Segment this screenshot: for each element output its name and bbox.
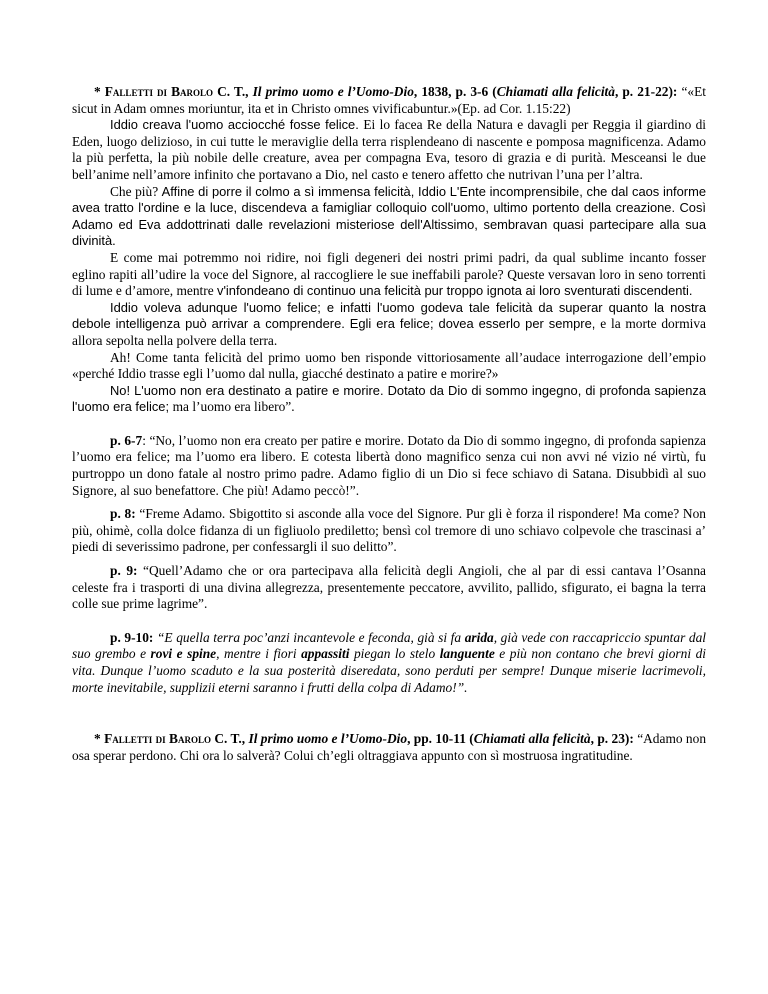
para-che-piu: Che più? Affine di porre il colmo a sì i…	[72, 184, 706, 250]
document-viewer: { "page": { "background_color": "#ffffff…	[0, 0, 768, 994]
text-run: Iddio creava l'uomo acciocché fosse feli…	[110, 117, 363, 132]
text-run: , 1838, p. 3-6 (	[414, 84, 497, 99]
quote-p6-7: p. 6-7: “No, l’uomo non era creato per p…	[72, 433, 706, 499]
text-run: , p. 21-22):	[615, 84, 681, 99]
text-run: ma l’uomo era libero”.	[173, 399, 295, 414]
text-run: languente	[440, 646, 495, 661]
document-content: * Falletti di Barolo C. T., Il primo uom…	[72, 84, 706, 764]
text-run: “E quella terra poc’anzi incantevole e f…	[153, 630, 464, 645]
text-run: Chiamati alla felicità	[474, 731, 591, 746]
text-run: , pp. 10-11 (	[407, 731, 474, 746]
text-run: Il primo uomo e l’Uomo-Dio	[253, 84, 414, 99]
text-run: * Falletti di Barolo C. T.,	[94, 731, 248, 746]
text-run: Affine di porre il colmo a sì immensa fe…	[72, 184, 706, 249]
para-no-luomo: No! L'uomo non era destinato a patire e …	[72, 383, 706, 416]
text-run: Chiamati alla felicità	[497, 84, 615, 99]
text-run: , mentre i fiori	[216, 646, 301, 661]
text-run: Che più?	[110, 184, 162, 199]
text-run: p. 9-10:	[110, 630, 153, 645]
text-run: “Quell’Adamo che or ora partecipava alla…	[72, 563, 706, 611]
text-run: “Freme Adamo. Sbigottito si asconde alla…	[72, 506, 706, 554]
quote-p9: p. 9: “Quell’Adamo che or ora partecipav…	[72, 563, 706, 613]
citation-header-falletti-p3-6: * Falletti di Barolo C. T., Il primo uom…	[72, 84, 706, 117]
citation-header-falletti-pp10-11: * Falletti di Barolo C. T., Il primo uom…	[72, 731, 706, 764]
text-run: Ah! Come tanta felicità del primo uomo b…	[72, 350, 706, 382]
text-run: p. 6-7	[110, 433, 142, 448]
para-e-come-mai: E come mai potremmo noi ridire, noi figl…	[72, 250, 706, 300]
document-page: * Falletti di Barolo C. T., Il primo uom…	[0, 0, 768, 994]
text-run: : “No, l’uomo non era creato per patire …	[72, 433, 706, 498]
text-run: arida	[465, 630, 494, 645]
text-run: p. 9:	[110, 563, 137, 578]
text-run: * Falletti di Barolo C. T.,	[94, 84, 253, 99]
para-iddio-voleva: Iddio voleva adunque l'uomo felice; e in…	[72, 300, 706, 350]
text-run: piegan lo stelo	[349, 646, 439, 661]
para-iddio-creava: Iddio creava l'uomo acciocché fosse feli…	[72, 117, 706, 183]
quote-p8: p. 8: “Freme Adamo. Sbigottito si ascond…	[72, 506, 706, 556]
para-ah-come: Ah! Come tanta felicità del primo uomo b…	[72, 350, 706, 383]
quote-p9-10: p. 9-10: “E quella terra poc’anzi incant…	[72, 630, 706, 696]
text-run: p. 8:	[110, 506, 136, 521]
text-run: No! L'uomo non era destinato a patire e …	[72, 383, 706, 415]
text-run: rovi e spine	[151, 646, 217, 661]
text-run: v'infondeano di continuo una felicità pu…	[217, 283, 692, 298]
text-run: , p. 23):	[591, 731, 638, 746]
text-run: Il primo uomo e l’Uomo-Dio	[248, 731, 407, 746]
text-run: appassiti	[301, 646, 349, 661]
